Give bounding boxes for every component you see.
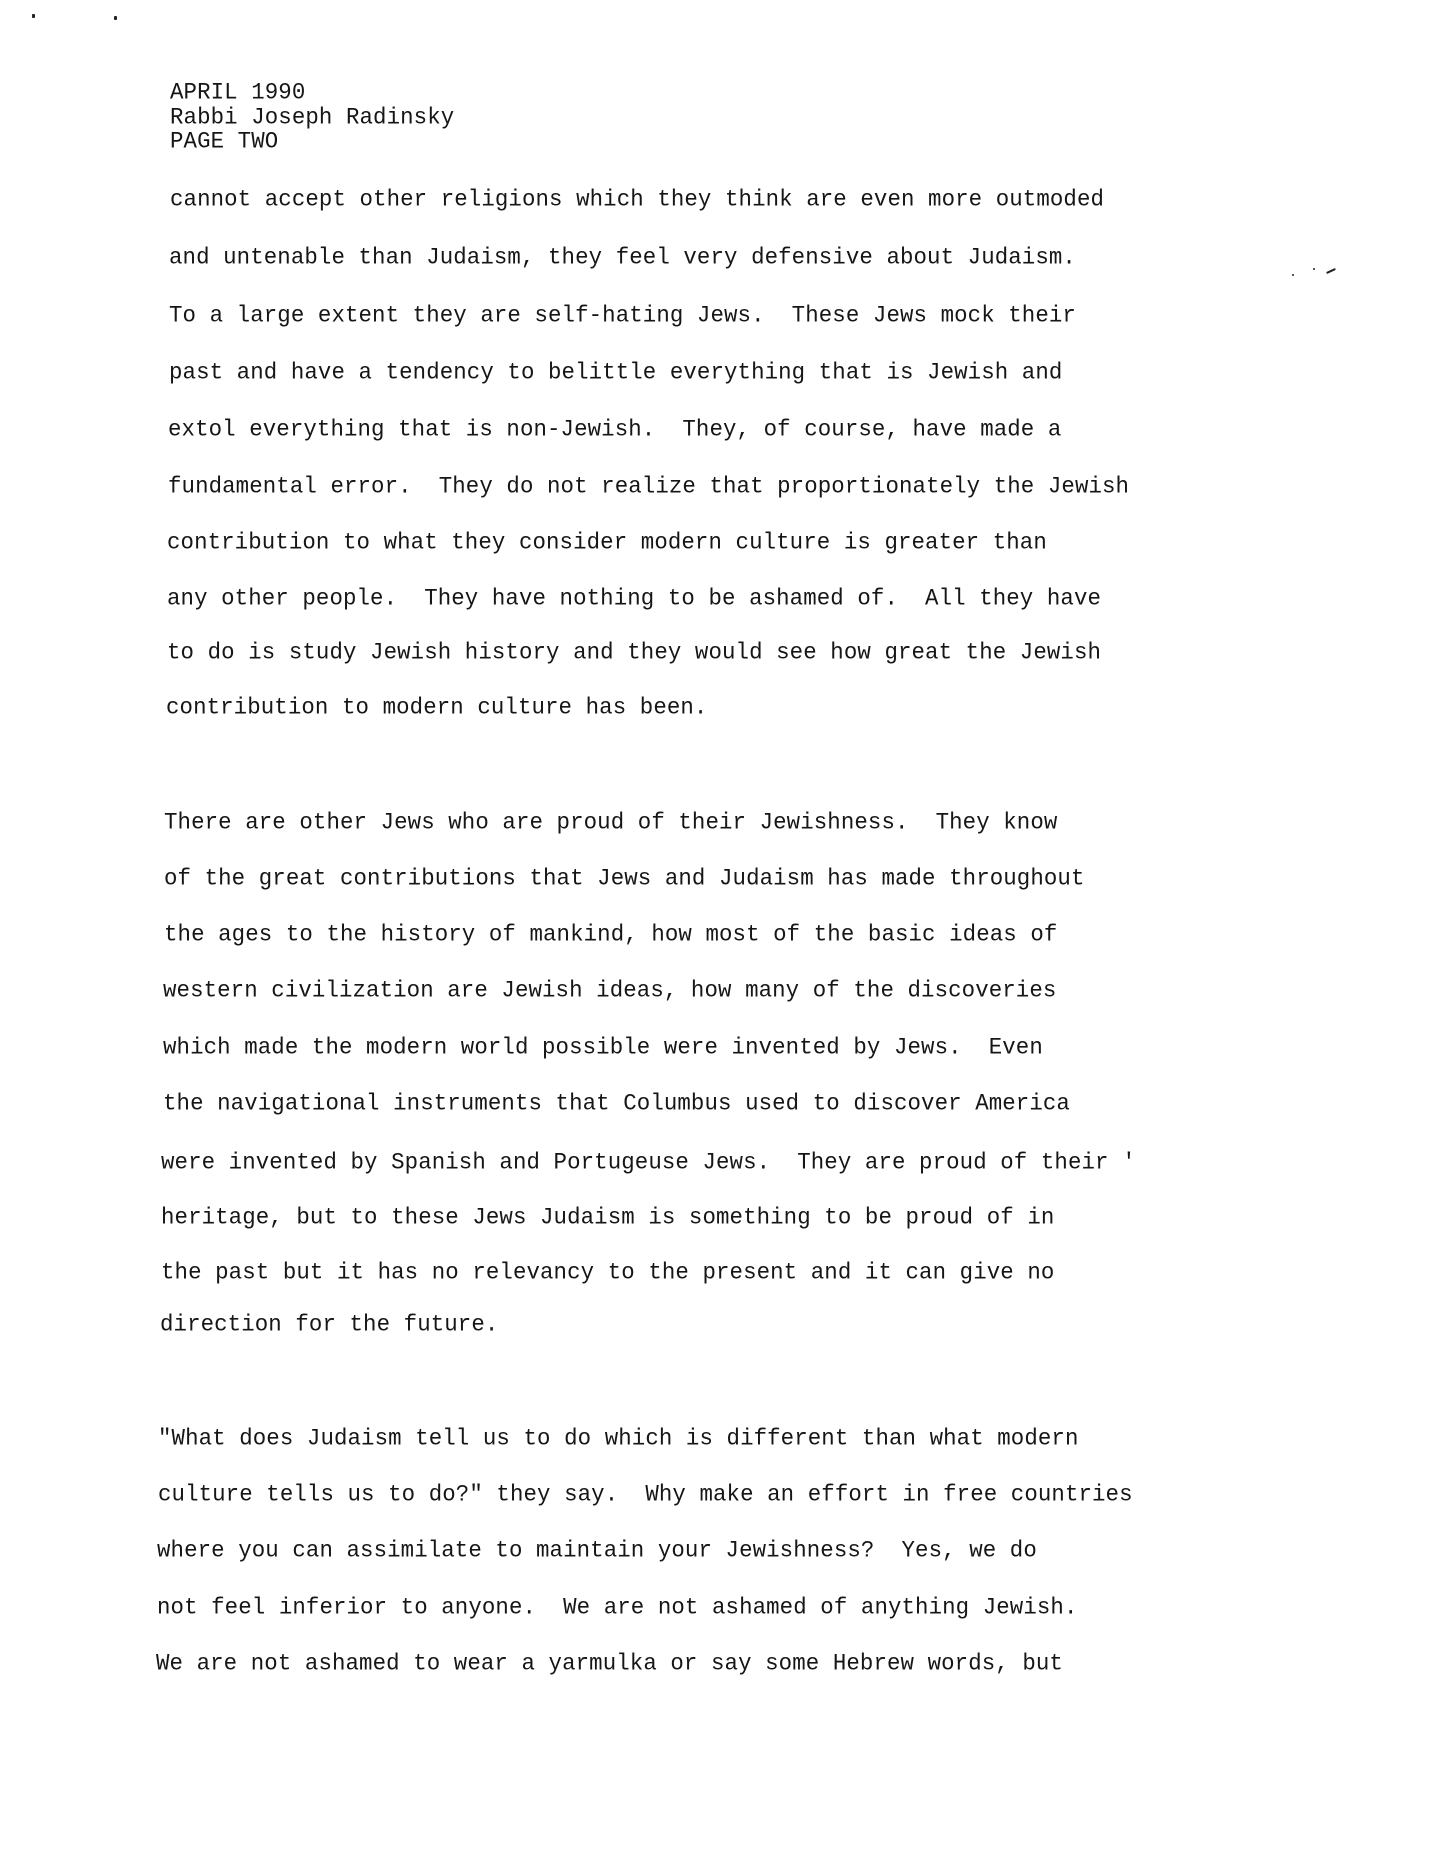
text-line: To a large extent they are self-hating J… <box>169 304 1076 328</box>
text-line: where you can assimilate to maintain you… <box>157 1539 1037 1563</box>
text-line: not feel inferior to anyone. We are not … <box>157 1596 1078 1620</box>
document-page: APRIL 1990 Rabbi Joseph Radinsky PAGE TW… <box>0 0 1430 1851</box>
header-author: Rabbi Joseph Radinsky <box>170 106 454 130</box>
text-line: western civilization are Jewish ideas, h… <box>163 979 1056 1003</box>
header-date: APRIL 1990 <box>170 81 305 105</box>
header-page-label: PAGE TWO <box>170 130 278 154</box>
text-line: "What does Judaism tell us to do which i… <box>158 1427 1079 1451</box>
text-line: cannot accept other religions which they… <box>170 188 1104 212</box>
scan-speck <box>1326 268 1336 274</box>
text-line: contribution to modern culture has been. <box>166 696 707 720</box>
scan-speck <box>114 16 117 20</box>
text-line: of the great contributions that Jews and… <box>164 867 1085 891</box>
text-line: heritage, but to these Jews Judaism is s… <box>161 1206 1054 1230</box>
text-line: which made the modern world possible wer… <box>163 1036 1043 1060</box>
scan-speck <box>1292 274 1294 276</box>
text-line: There are other Jews who are proud of th… <box>164 811 1057 835</box>
text-line: to do is study Jewish history and they w… <box>167 641 1101 665</box>
text-line: past and have a tendency to belittle eve… <box>169 361 1062 385</box>
text-line: fundamental error. They do not realize t… <box>168 475 1129 499</box>
text-line: contribution to what they consider moder… <box>167 531 1047 555</box>
text-line: the past but it has no relevancy to the … <box>161 1261 1054 1285</box>
text-line: extol everything that is non-Jewish. The… <box>168 418 1061 442</box>
text-line: were invented by Spanish and Portugeuse … <box>161 1151 1136 1175</box>
text-line: We are not ashamed to wear a yarmulka or… <box>156 1652 1063 1676</box>
text-line: any other people. They have nothing to b… <box>167 587 1101 611</box>
text-line: direction for the future. <box>160 1313 498 1337</box>
text-line: the navigational instruments that Columb… <box>163 1092 1070 1116</box>
scan-speck <box>32 14 35 18</box>
scan-speck <box>1313 268 1315 270</box>
text-line: culture tells us to do?" they say. Why m… <box>158 1483 1133 1507</box>
text-line: the ages to the history of mankind, how … <box>164 923 1057 947</box>
text-line: and untenable than Judaism, they feel ve… <box>169 246 1076 270</box>
